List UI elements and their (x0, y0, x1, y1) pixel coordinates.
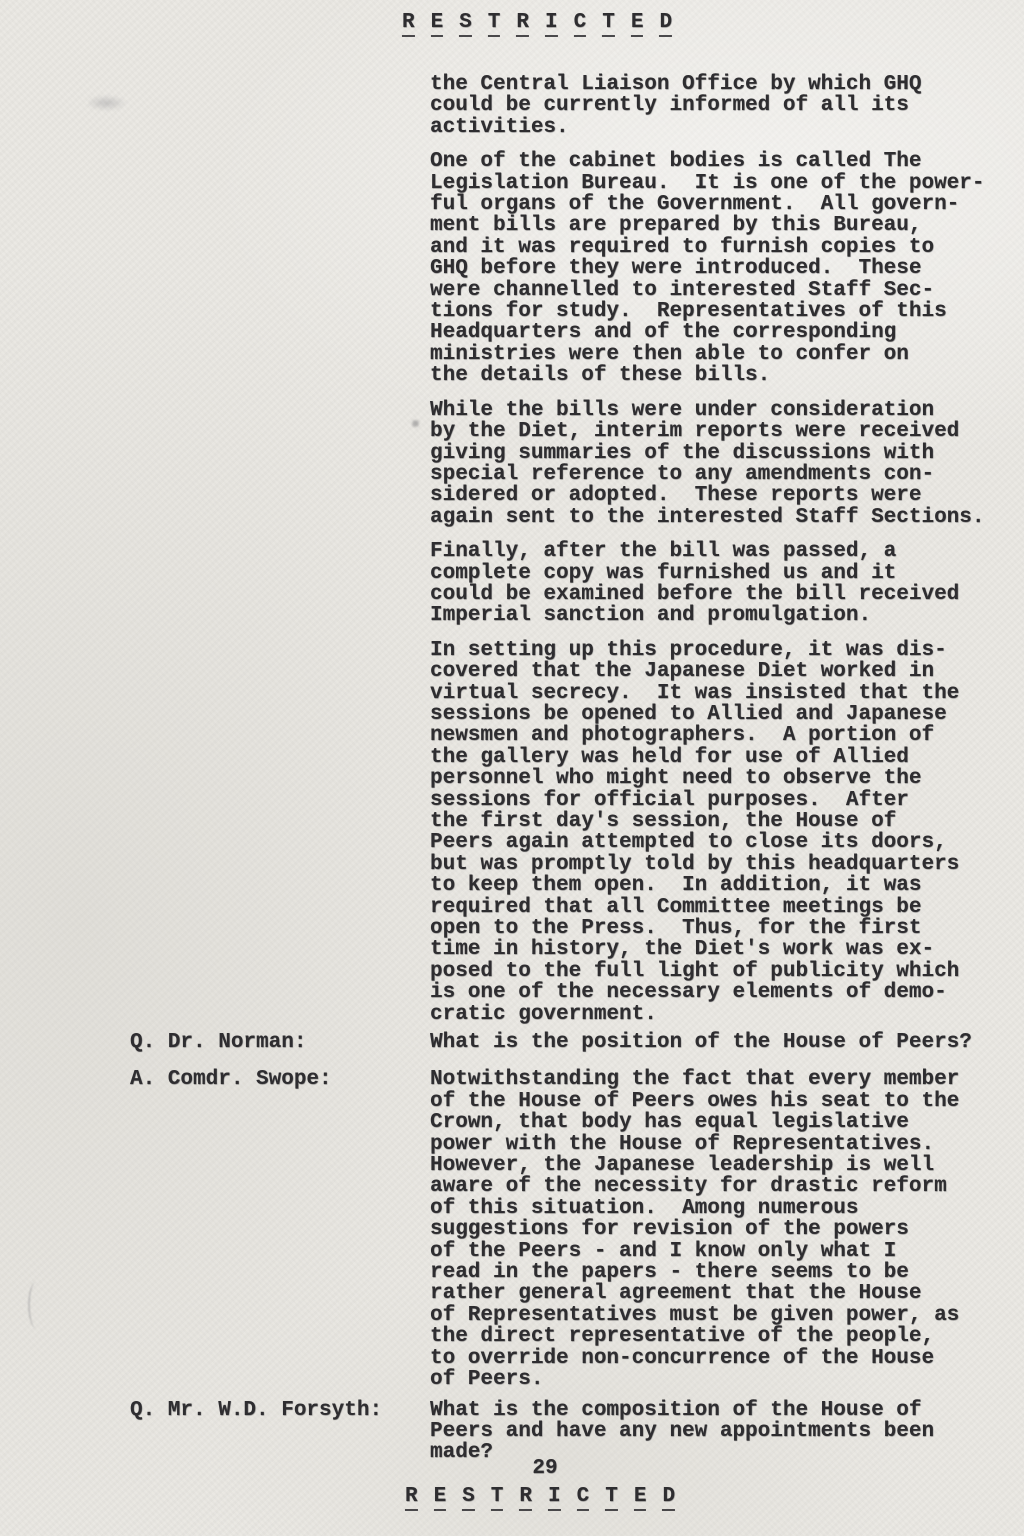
question-answer-section: Q. Dr. Norman: What is the position of t… (130, 1032, 990, 1464)
speaker-label: A. Comdr. Swope: (130, 1069, 430, 1390)
qa-text: What is the position of the House of Pee… (430, 1032, 972, 1053)
qa-text: Notwithstanding the fact that every memb… (430, 1069, 959, 1390)
classification-header: RESTRICTED (394, 12, 680, 37)
paragraph-final-copy: Finally, after the bill was passed, a co… (430, 541, 990, 627)
classification-footer: RESTRICTED (397, 1486, 683, 1511)
qa-row-forsyth: Q. Mr. W.D. Forsyth: What is the composi… (130, 1400, 990, 1464)
scan-smudge (88, 92, 134, 114)
scan-dot (412, 420, 419, 427)
document-page: RESTRICTED the Central Liaison Office by… (0, 0, 1024, 1536)
scan-mark (28, 1282, 44, 1328)
qa-text: What is the composition of the House of … (430, 1400, 934, 1464)
paragraph-legislation-bureau: One of the cabinet bodies is called The … (430, 151, 990, 386)
qa-row-norman: Q. Dr. Norman: What is the position of t… (130, 1032, 990, 1053)
paragraph-diet-secrecy: In setting up this procedure, it was dis… (430, 640, 990, 1025)
speaker-label: Q. Dr. Norman: (130, 1032, 430, 1053)
page-number: 29 (532, 1458, 557, 1479)
main-text-column: the Central Liaison Office by which GHQ … (430, 74, 990, 1038)
speaker-label: Q. Mr. W.D. Forsyth: (130, 1400, 430, 1464)
paragraph-central-liaison: the Central Liaison Office by which GHQ … (430, 74, 990, 138)
qa-row-swope: A. Comdr. Swope: Notwithstanding the fac… (130, 1069, 990, 1390)
paragraph-interim-reports: While the bills were under consideration… (430, 400, 990, 528)
